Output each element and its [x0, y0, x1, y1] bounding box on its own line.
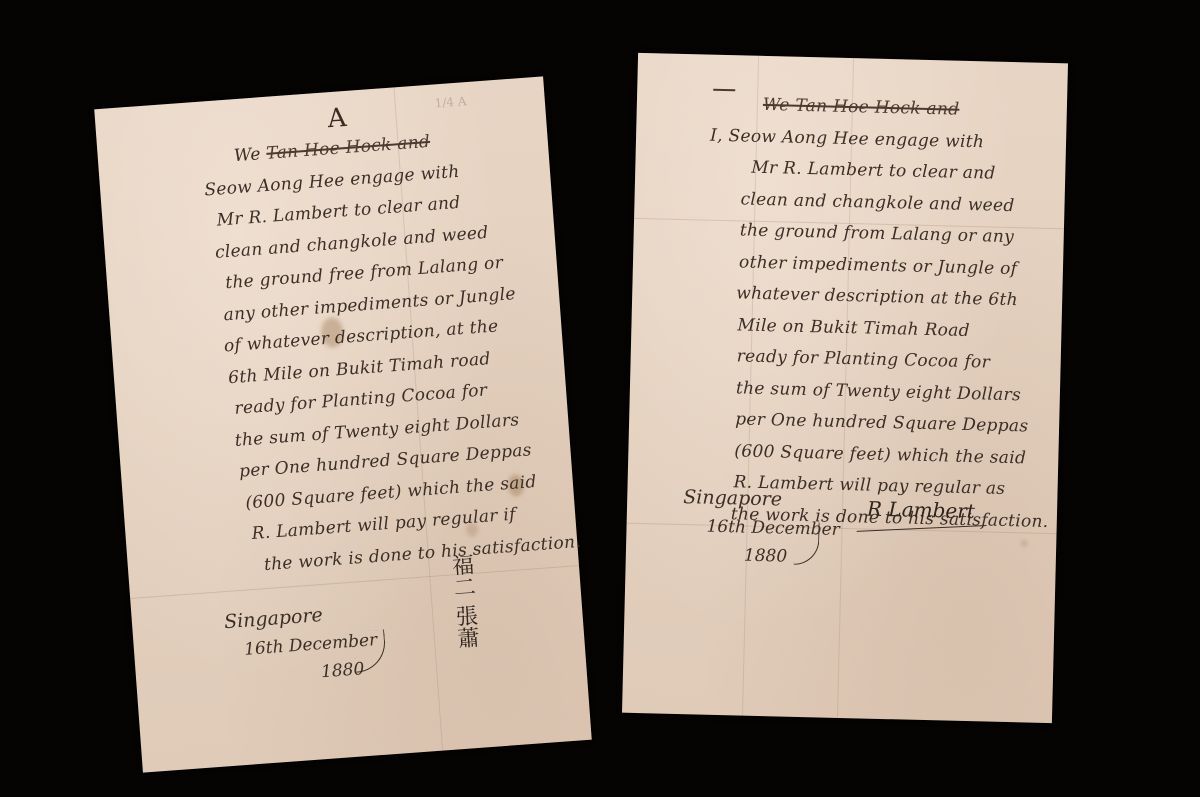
date-text: 16th December — [706, 517, 840, 540]
signature: R Lambert — [867, 497, 975, 524]
agreement-text: We Tan Hoe Hock and I, Seow Aong Hee eng… — [712, 89, 1058, 538]
chinese-signature-column: 福二 — [448, 553, 476, 599]
chinese-signature-column: 張蕭 — [452, 604, 480, 650]
place-text: Singapore — [223, 604, 323, 633]
document-label: A — [327, 103, 348, 134]
year-text: 1880 — [744, 546, 788, 567]
document-b: We Tan Hoe Hock and I, Seow Aong Hee eng… — [622, 53, 1068, 723]
flourish — [353, 630, 387, 673]
document-a: A 1/4 A We Tan Hoe Hock and Seow Aong He… — [94, 76, 591, 772]
pencil-note: 1/4 A — [434, 94, 467, 110]
stain — [1021, 540, 1027, 546]
chinese-signature: 福二 張蕭 — [446, 553, 481, 650]
text-fragment: We — [233, 144, 267, 166]
place-text: Singapore — [683, 486, 782, 510]
flourish — [794, 522, 820, 566]
struck-text: Tan Hoe Hock and — [266, 132, 431, 164]
agreement-text: We Tan Hoe Hock and Seow Aong Hee engage… — [205, 118, 582, 583]
struck-text: We Tan Hoe Hock and — [763, 95, 960, 120]
